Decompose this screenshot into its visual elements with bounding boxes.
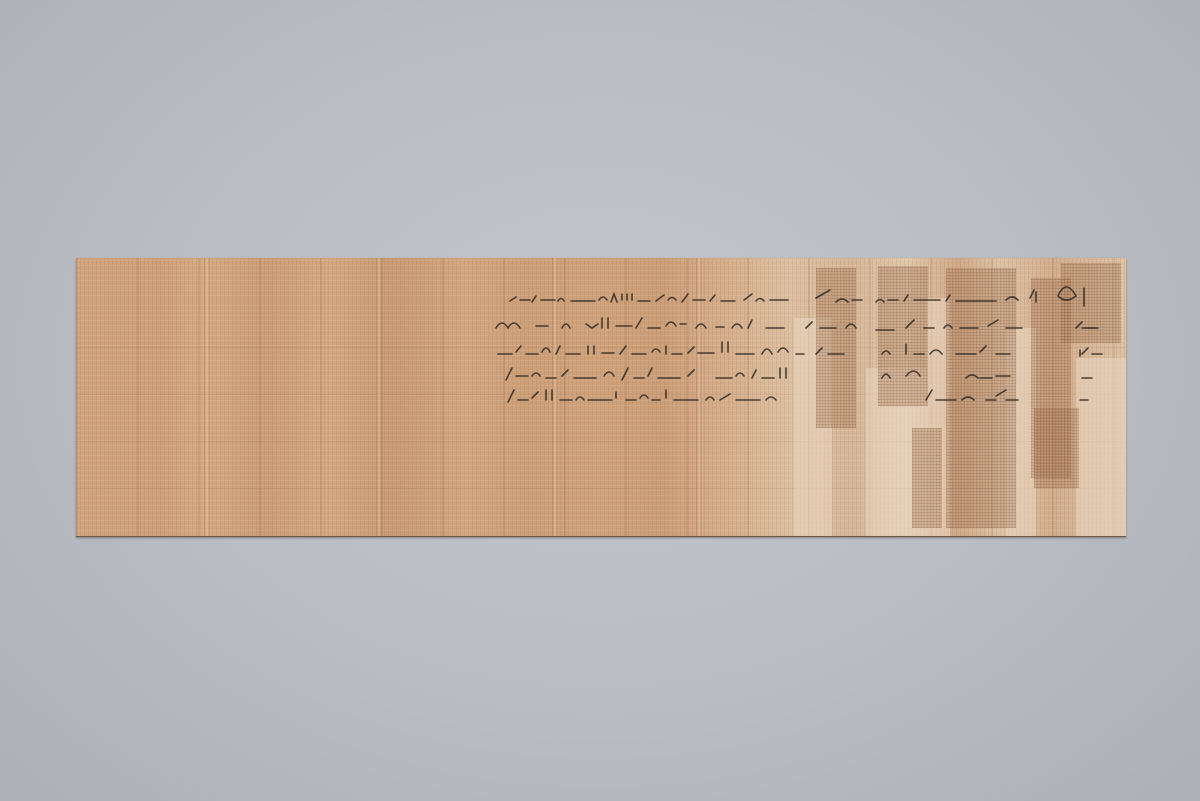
hieratic-script [76, 258, 1126, 536]
papyrus-sheet [76, 258, 1126, 537]
